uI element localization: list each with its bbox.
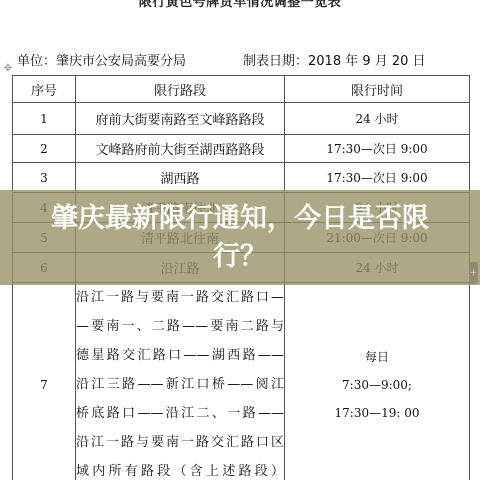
table-row: 7 沿江一路与要南一路交汇路口— —要南一、二路——要南二路与 德星路交汇路口—… xyxy=(13,283,470,480)
route-line: 沿江一路与要南一路交汇路口区 xyxy=(76,428,284,457)
issuing-unit: 单位：肇庆市公安局高要分局 xyxy=(17,50,186,69)
table-row: 2 文峰路府前大街至湖西路路段 17:30—次日 9:00 xyxy=(13,135,470,163)
row-time-multiline: 每日 7:30—9:00; 17:30—19: 00 xyxy=(285,283,470,480)
header-time: 限行时间 xyxy=(285,76,470,103)
table-row: 3 湖西路 17:30—次日 9:00 xyxy=(13,163,470,193)
route-line: 沿江一路与要南一路交汇路口— xyxy=(76,283,284,312)
table-header-row: 序号 限行路段 限行时间 xyxy=(13,76,470,103)
route-line: 德星路交汇路口——湖西路—— xyxy=(76,341,284,370)
table-row: 1 府前大街要南路至文峰路路段 24 小时 xyxy=(13,103,470,135)
row-time: 17:30—次日 9:00 xyxy=(285,135,470,163)
route-line: 沿江三路——新江口桥——阅江 xyxy=(76,370,284,399)
row-route: 湖西路 xyxy=(76,163,285,193)
document-title: 限行黄色号牌货车情况调整一览表 xyxy=(0,0,480,10)
row-route: 府前大街要南路至文峰路路段 xyxy=(76,103,285,135)
headline-text: 肇庆最新限行通知，今日是否限行？ xyxy=(35,200,445,276)
time-line: 7:30—9:00; xyxy=(285,371,469,399)
table-move-handle-icon[interactable]: ✥ xyxy=(2,63,14,75)
route-line: —要南一、二路——要南二路与 xyxy=(76,312,284,341)
row-route: 文峰路府前大街至湖西路路段 xyxy=(76,135,285,163)
row-seq: 2 xyxy=(13,135,76,163)
row-time: 24 小时 xyxy=(285,103,470,135)
header-seq: 序号 xyxy=(13,76,76,103)
row-seq: 3 xyxy=(13,163,76,193)
row-seq: 7 xyxy=(13,283,76,480)
headline-banner: 肇庆最新限行通知，今日是否限行？ xyxy=(0,190,480,285)
time-line: 每日 xyxy=(285,343,469,371)
route-line: 桥底路口——沿江二、一路—— xyxy=(76,399,284,428)
row-time: 17:30—次日 9:00 xyxy=(285,163,470,193)
route-line: 域内所有路段（含上述路段） xyxy=(76,457,284,480)
document-page: 限行黄色号牌货车情况调整一览表 单位：肇庆市公安局高要分局 制表日期：2018 … xyxy=(0,0,480,480)
scroll-handle-icon[interactable]: + xyxy=(469,262,478,284)
row-route-multiline: 沿江一路与要南一路交汇路口— —要南一、二路——要南二路与 德星路交汇路口——湖… xyxy=(76,283,285,480)
time-line: 17:30—19: 00 xyxy=(285,399,469,427)
issue-date: 制表日期：2018 年 9 月 20 日 xyxy=(243,50,426,69)
header-route: 限行路段 xyxy=(76,76,285,103)
row-seq: 1 xyxy=(13,103,76,135)
